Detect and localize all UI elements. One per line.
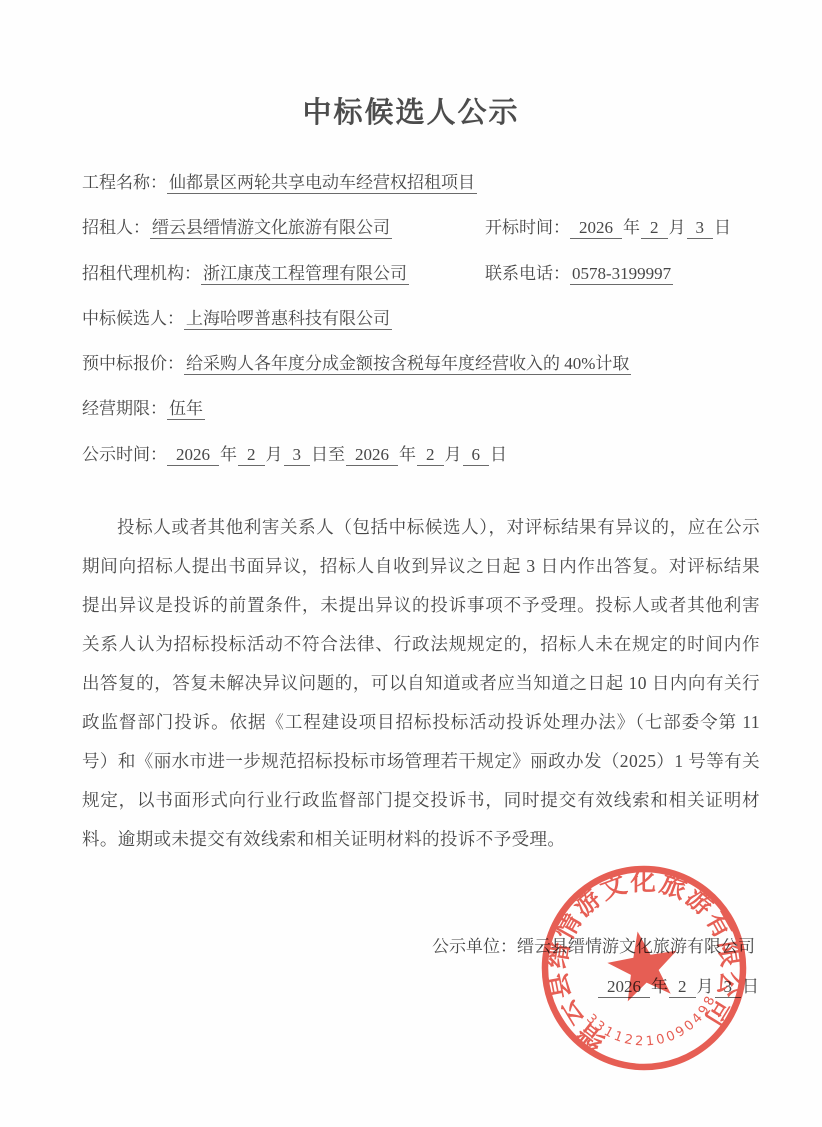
field-phone: 联系电话：0578-3199997 [485, 251, 673, 296]
field-project-name: 工程名称：仙都景区两轮共享电动车经营权招租项目 [82, 160, 764, 205]
date-day: 3 [284, 445, 311, 466]
date-year: 2026 [167, 445, 219, 466]
field-candidate: 中标候选人：上海哈啰普惠科技有限公司 [82, 296, 764, 341]
field-price: 预中标报价：给采购人各年度分成金额按含税每年度经营收入的 40%计取 [82, 341, 764, 386]
publisher-value: 缙云县缙情游文化旅游有限公司 [517, 937, 755, 956]
field-publicity-time: 公示时间：2026年2月3日至2026年2月6日 [82, 432, 764, 477]
date-month: 2 [669, 977, 696, 998]
field-value: 仙都景区两轮共享电动车经营权招租项目 [167, 173, 477, 194]
field-label: 公示时间： [82, 445, 167, 464]
date-day-unit: 日 [714, 218, 731, 237]
field-value: 伍年 [167, 399, 205, 420]
date-month-unit: 月 [697, 977, 714, 996]
date-day: 3 [687, 218, 714, 239]
date-month: 2 [417, 445, 444, 466]
objection-notice-paragraph: 投标人或者其他利害关系人（包括中标候选人），对评标结果有异议的，应在公示期间向招… [82, 508, 760, 859]
date-year-unit: 年 [220, 445, 237, 464]
date-range-separator: 日至 [311, 445, 345, 464]
field-label: 开标时间： [485, 218, 570, 237]
page-title: 中标候选人公示 [0, 90, 822, 131]
date-day-unit: 日 [742, 977, 759, 996]
field-term: 经营期限：伍年 [82, 386, 764, 431]
fields-section: 工程名称：仙都景区两轮共享电动车经营权招租项目 招租人：缙云县缙情游文化旅游有限… [82, 160, 764, 477]
svg-text:33112210090498: 33112210090498 [582, 989, 727, 1060]
field-label: 中标候选人： [82, 309, 184, 328]
seal-registration-number: 33112210090498 [582, 989, 727, 1060]
field-value: 浙江康茂工程管理有限公司 [201, 264, 409, 285]
seal-company-arc-text: 缙云县缙情游文化旅游有限公司 [532, 856, 756, 1062]
field-label: 招租人： [82, 218, 150, 237]
field-lessor: 招租人：缙云县缙情游文化旅游有限公司 开标时间：2026年2月3日 [82, 205, 764, 250]
field-value: 给采购人各年度分成金额按含税每年度经营收入的 40%计取 [184, 354, 631, 375]
publish-date-line: 2026年2月3日 [598, 972, 760, 997]
announcement-document: 中标候选人公示 工程名称：仙都景区两轮共享电动车经营权招租项目 招租人：缙云县缙… [0, 0, 822, 1127]
date-year-unit: 年 [399, 445, 416, 464]
company-seal-stamp: 缙云县缙情游文化旅游有限公司 33112210090498 [532, 856, 756, 1080]
date-month: 2 [641, 218, 668, 239]
field-agency: 招租代理机构：浙江康茂工程管理有限公司 联系电话：0578-3199997 [82, 251, 764, 296]
date-year-unit: 年 [623, 218, 640, 237]
field-label: 预中标报价： [82, 354, 184, 373]
field-label: 招租代理机构： [82, 264, 201, 283]
date-year-unit: 年 [651, 977, 668, 996]
date-year: 2026 [598, 977, 650, 998]
date-month-unit: 月 [445, 445, 462, 464]
date-year: 2026 [346, 445, 398, 466]
date-month-unit: 月 [266, 445, 283, 464]
publisher-line: 公示单位：缙云县缙情游文化旅游有限公司 [432, 932, 755, 957]
field-label: 经营期限： [82, 399, 167, 418]
field-label: 工程名称： [82, 173, 167, 192]
publisher-label: 公示单位： [432, 937, 517, 956]
field-value: 0578-3199997 [570, 264, 673, 285]
date-day: 3 [715, 977, 742, 998]
svg-text:缙云县缙情游文化旅游有限公司: 缙云县缙情游文化旅游有限公司 [532, 856, 756, 1062]
date-month: 2 [238, 445, 265, 466]
field-value: 缙云县缙情游文化旅游有限公司 [150, 218, 392, 239]
date-month-unit: 月 [669, 218, 686, 237]
field-label: 联系电话： [485, 264, 570, 283]
date-year: 2026 [570, 218, 622, 239]
date-day-unit: 日 [490, 445, 507, 464]
date-day: 6 [463, 445, 490, 466]
field-value: 上海哈啰普惠科技有限公司 [184, 309, 392, 330]
field-open-time: 开标时间：2026年2月3日 [485, 205, 732, 250]
